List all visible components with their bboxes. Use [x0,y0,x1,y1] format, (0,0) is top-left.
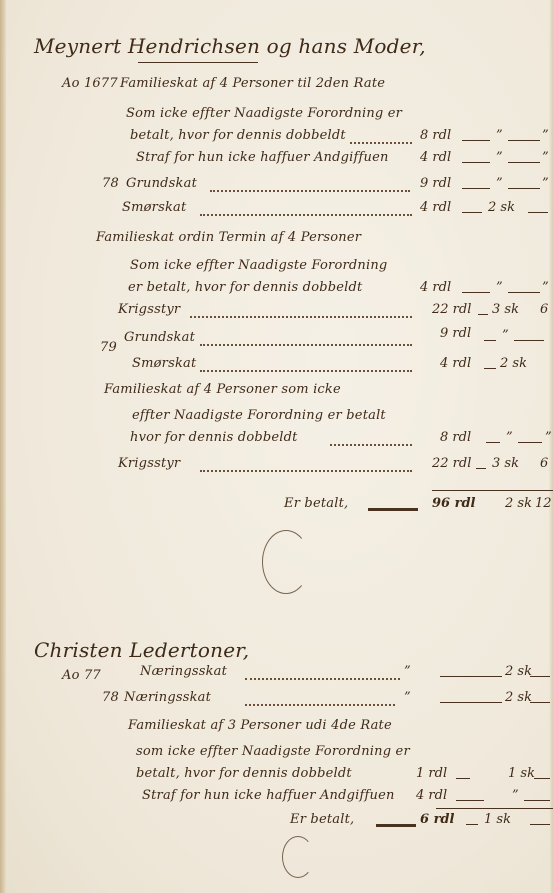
amount-rdl: 22 rdl [432,302,471,317]
ledger-line: er betalt, hvor for dennis dobbeldt [128,280,362,295]
leader-dots [200,214,412,216]
sum-rule [432,490,553,491]
amount-sk: 2 sk [488,200,515,215]
amount-sk: 2 sk [500,356,527,371]
ledger-line: Straf for hun icke haffuer Andgiffuen [136,150,389,165]
entry-2-heading: Christen Ledertoner, [34,638,249,662]
amount-sk: ” [496,280,503,295]
total-sk: 2 sk [505,496,532,511]
amount-rdl: 4 rdl [416,788,447,803]
amount-rdl: 8 rdl [420,128,451,143]
column-dash [462,188,490,189]
column-dash [486,442,500,443]
amount-rdl: 9 rdl [440,326,471,341]
ledger-line: Grundskat [126,176,197,191]
page-binding-edge [0,0,6,893]
amount-sk: 3 sk [492,456,519,471]
column-dash [508,292,540,293]
column-dash [508,162,540,163]
amount-rdl: ” [404,690,411,705]
column-dash [530,676,550,677]
amount-rdl: 1 rdl [416,766,447,781]
leader-dots [245,678,400,680]
flourish-decoration [262,530,310,594]
ledger-line: som icke effter Naadigste Forordning er [136,744,410,759]
amount-sk: ” [496,176,503,191]
leader-dots [200,370,412,372]
amount-rdl: 9 rdl [420,176,451,191]
amount-sk: 2 sk [505,664,532,679]
column-dash [462,212,482,213]
ledger-line: Næringsskat [140,664,227,679]
column-dash [514,340,544,341]
column-dash [530,824,550,825]
heading-underline [138,62,258,63]
amount-rdl: 22 rdl [432,456,471,471]
ledger-line: hvor for dennis dobbeldt [130,430,298,445]
ledger-line: betalt, hvor for dennis dobbeldt [130,128,346,143]
leader-dots [210,190,410,192]
ledger-line: Smørskat [132,356,196,371]
leader-dots [200,470,412,472]
column-dash [534,778,550,779]
entry-1-year: 79 [100,340,117,355]
amount-alb: 6 [540,302,548,317]
ledger-line: Som icke effter Naadigste Forordning [130,258,387,273]
ledger-line: Krigsstyr [118,302,180,317]
entry-1-total-label: Er betalt, [284,496,348,511]
ledger-line: Familieskat af 4 Personer som icke [104,382,341,397]
amount-rdl: 4 rdl [420,150,451,165]
leader-dots [190,316,412,318]
amount-sk: ” [506,430,513,445]
amount-sk: 1 sk [508,766,535,781]
ledger-line: Som icke effter Naadigste Forordning er [126,106,402,121]
ledger-page: Meynert Hendrichsen og hans Moder, Ao 16… [0,0,553,893]
total-alb: 12 [535,496,552,511]
column-dash [440,676,502,677]
column-dash [484,368,496,369]
leader-dots [350,142,412,144]
column-dash [518,442,542,443]
ledger-line: Familieskat ordin Termin af 4 Personer [96,230,361,245]
entry-2-year: 78 [102,690,119,705]
amount-alb: ” [545,430,552,445]
amount-rdl: 4 rdl [420,280,451,295]
column-dash [508,188,540,189]
column-dash [456,778,470,779]
entry-1-year: Ao 1677 [62,76,118,91]
amount-alb: ” [542,150,549,165]
column-dash [462,140,490,141]
amount-sk: ” [496,128,503,143]
amount-rdl: ” [404,664,411,679]
amount-alb: 6 [540,456,548,471]
column-dash [508,140,540,141]
ledger-line: Familieskat af 3 Personer udi 4de Rate [128,718,392,733]
column-dash [462,292,490,293]
entry-2-total-label: Er betalt, [290,812,354,827]
flourish-decoration [282,836,314,878]
column-dash [462,162,490,163]
column-dash [484,340,496,341]
ledger-line: effter Naadigste Forordning er betalt [132,408,386,423]
leader-dots [330,444,412,446]
total-double-rule [368,508,418,511]
amount-rdl: 8 rdl [440,430,471,445]
amount-alb: ” [542,280,549,295]
total-rdl: 96 rdl [432,496,476,511]
amount-rdl: 4 rdl [420,200,451,215]
amount-sk: ” [502,328,509,343]
column-dash [524,800,550,801]
column-dash [440,702,502,703]
ledger-line: Straf for hun icke haffuer Andgiffuen [142,788,395,803]
leader-dots [200,344,412,346]
amount-sk: ” [512,788,519,803]
amount-alb: ” [542,128,549,143]
amount-sk: ” [496,150,503,165]
total-sk: 1 sk [484,812,511,827]
sum-rule [436,808,553,809]
ledger-line: Krigsstyr [118,456,180,471]
amount-alb: ” [542,176,549,191]
column-dash [456,800,484,801]
amount-sk: 2 sk [505,690,532,705]
ledger-line: betalt, hvor for dennis dobbeldt [136,766,352,781]
amount-sk: 3 sk [492,302,519,317]
amount-rdl: 4 rdl [440,356,471,371]
entry-2-year: Ao 77 [62,668,101,683]
column-dash [476,468,486,469]
column-dash [530,702,550,703]
column-dash [478,314,488,315]
leader-dots [245,704,395,706]
ledger-line: Smørskat [122,200,186,215]
total-double-rule [376,824,416,827]
entry-1-year: 78 [102,176,119,191]
total-rdl: 6 rdl [420,812,454,827]
ledger-line: Familieskat af 4 Personer til 2den Rate [120,76,385,91]
column-dash [466,824,478,825]
ledger-line: Grundskat [124,330,195,345]
column-dash [528,212,548,213]
entry-1-heading: Meynert Hendrichsen og hans Moder, [34,34,426,58]
ledger-line: Næringsskat [124,690,211,705]
page-right-edge [549,0,553,893]
